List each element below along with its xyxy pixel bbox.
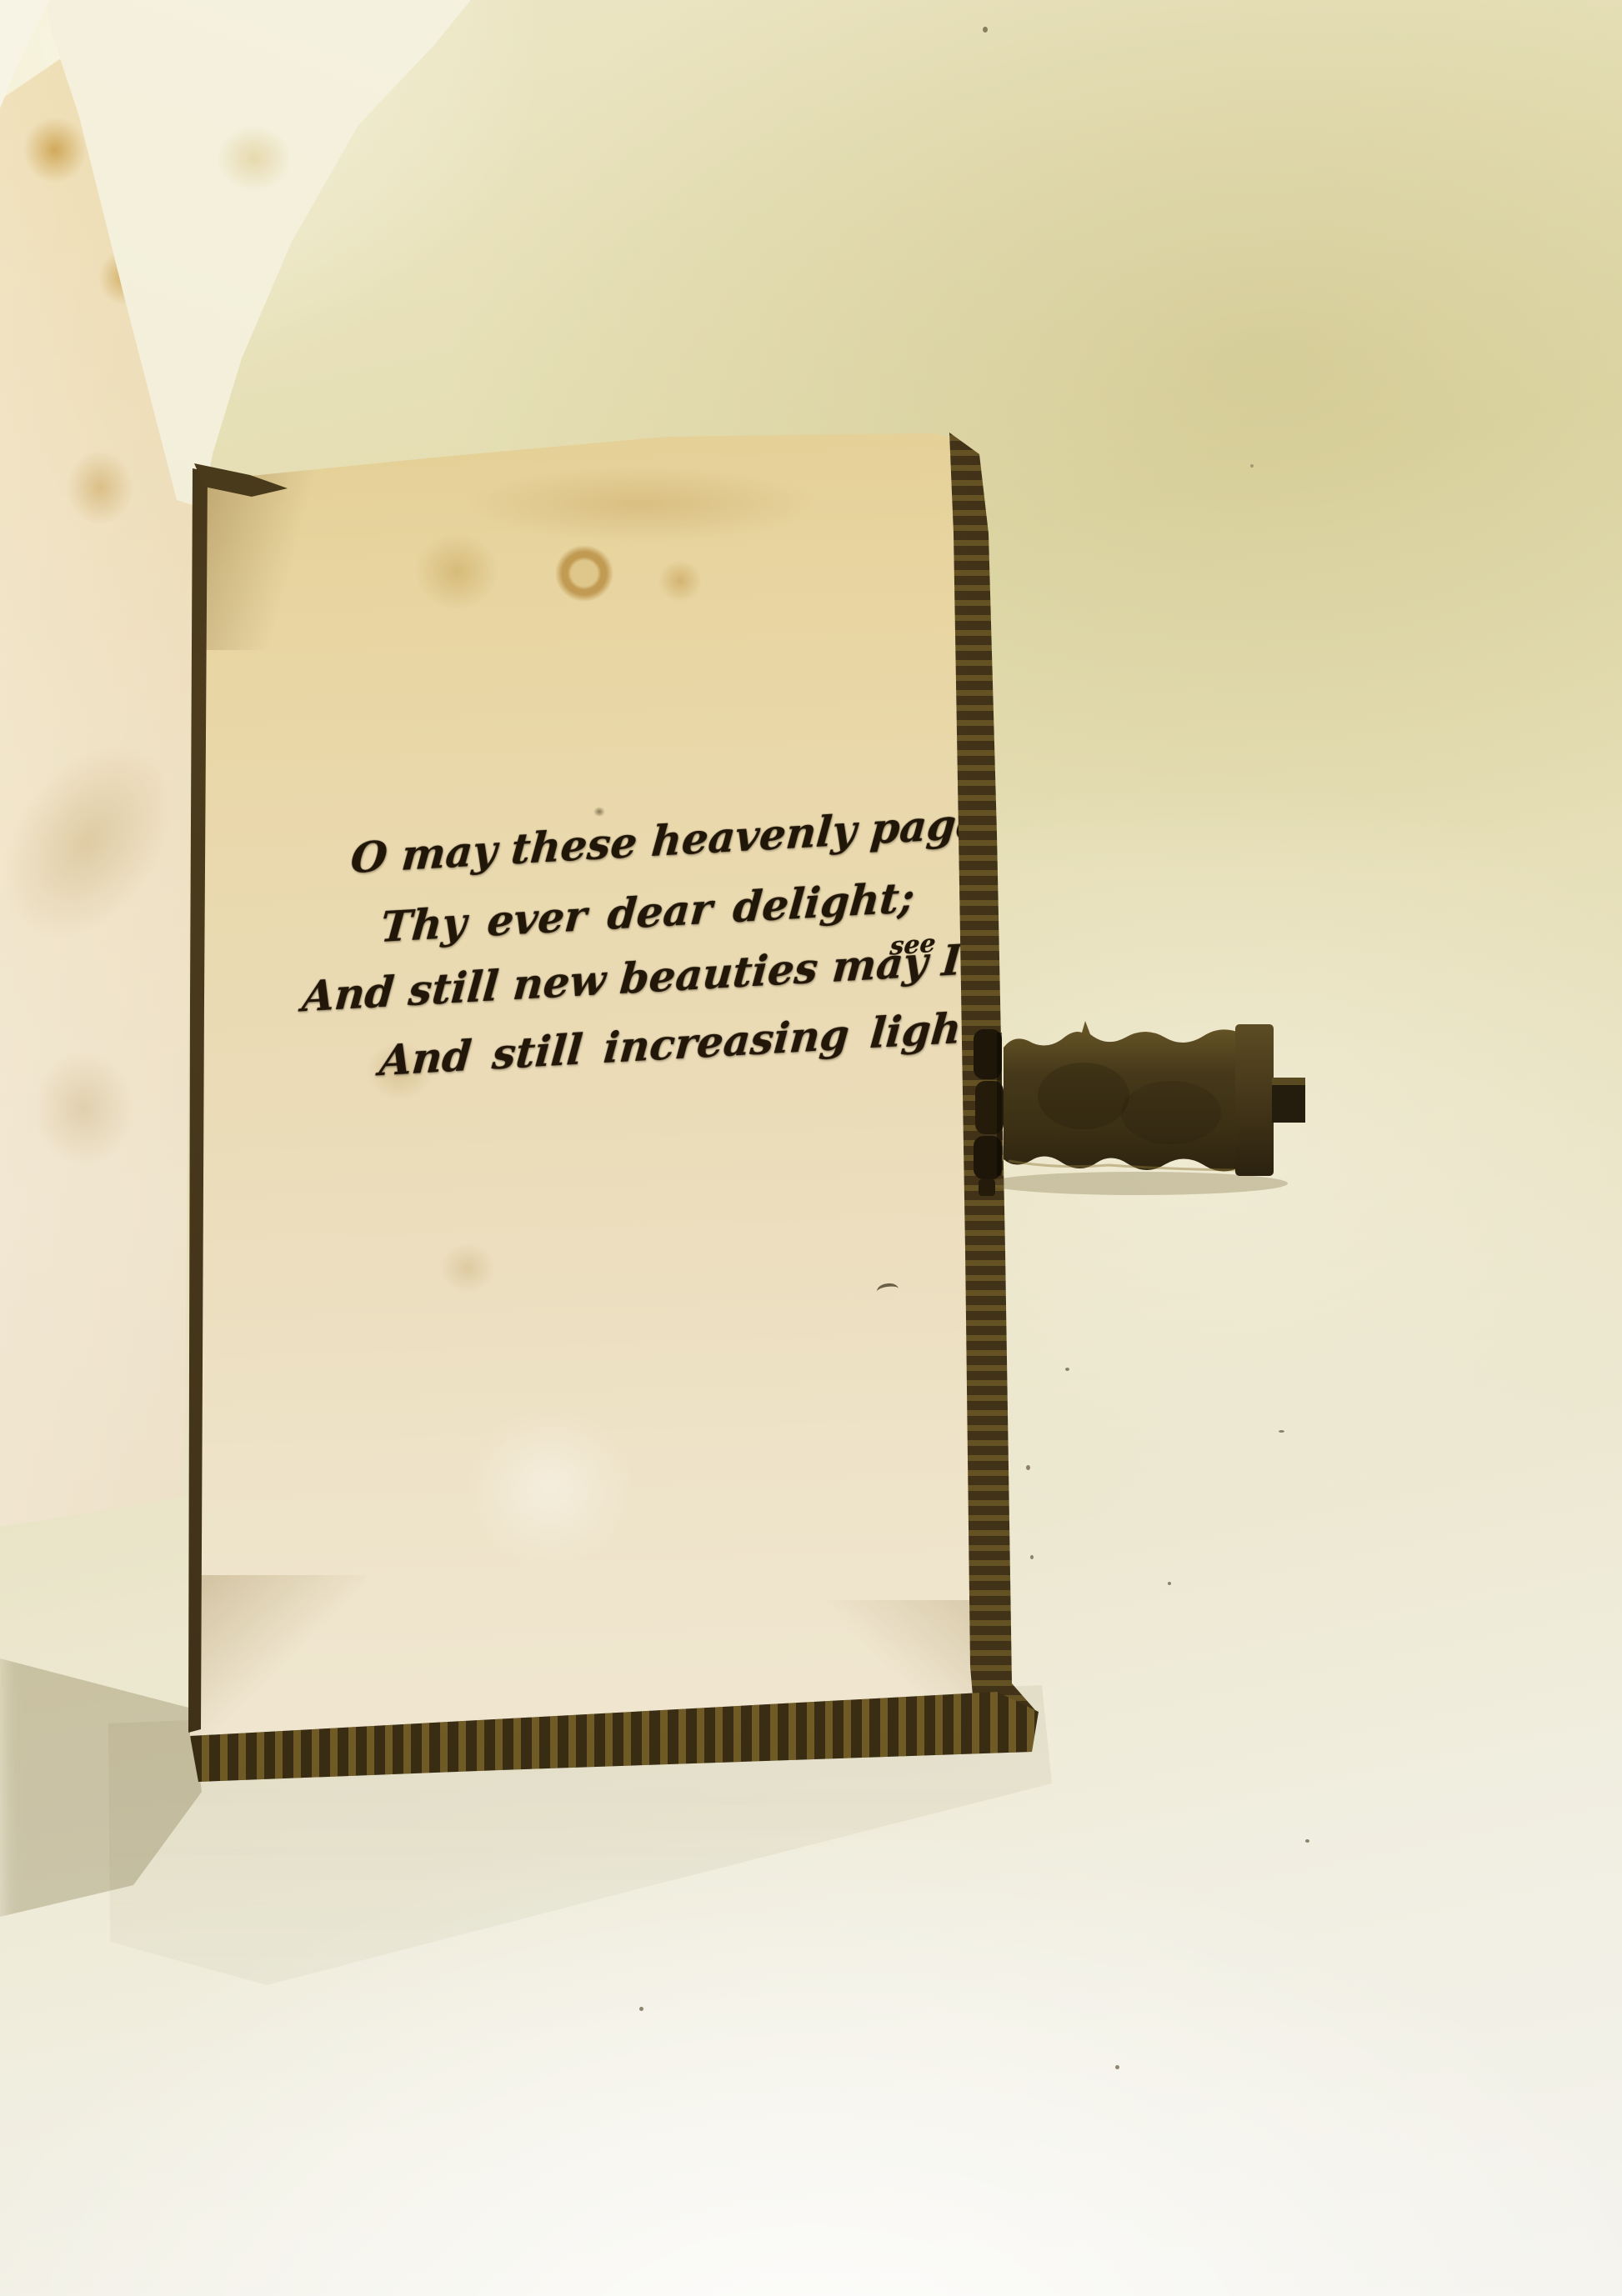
clasp-catch-tab-highlight [1272, 1078, 1305, 1085]
handwritten-verse: O may these heavenly pages be Thy ever d… [278, 788, 1006, 1129]
photo-scene: O may these heavenly pages be Thy ever d… [0, 0, 1622, 2296]
dust-speck [1168, 1582, 1171, 1585]
dust-speck [639, 2007, 643, 2011]
dust-speck [1305, 1839, 1309, 1843]
stain [440, 1243, 495, 1293]
page-corner-fold [190, 1575, 365, 1738]
ink-squiggle [876, 1282, 899, 1298]
stain [23, 117, 87, 183]
brass-clasp [959, 1004, 1325, 1204]
dust-speck [1115, 2065, 1119, 2069]
ring-stain [555, 545, 613, 602]
dust-speck [1065, 1368, 1069, 1371]
clasp-patina [1121, 1081, 1221, 1144]
verse-line-4: And still increasing light [378, 1002, 983, 1085]
stain [67, 450, 133, 525]
stain [658, 560, 702, 602]
dust-speck [1030, 1555, 1034, 1559]
stain [0, 713, 208, 971]
clasp-hinge-foot [979, 1179, 995, 1196]
dust-speck [1026, 1465, 1030, 1470]
dust-speck [1250, 464, 1254, 468]
verse-line-2: Thy ever dear delight; [379, 873, 917, 952]
dust-speck [1279, 1430, 1284, 1433]
stain [33, 1050, 133, 1167]
clasp-end-block [1235, 1024, 1274, 1176]
dust-speck [983, 27, 988, 33]
verse-superscript-word: see [889, 929, 936, 962]
stain [467, 467, 817, 542]
light-patch [467, 1408, 633, 1567]
clasp-hinge-seam [997, 1033, 1002, 1176]
stain [415, 533, 498, 610]
stain [217, 125, 292, 192]
clasp-patina [1038, 1063, 1129, 1129]
